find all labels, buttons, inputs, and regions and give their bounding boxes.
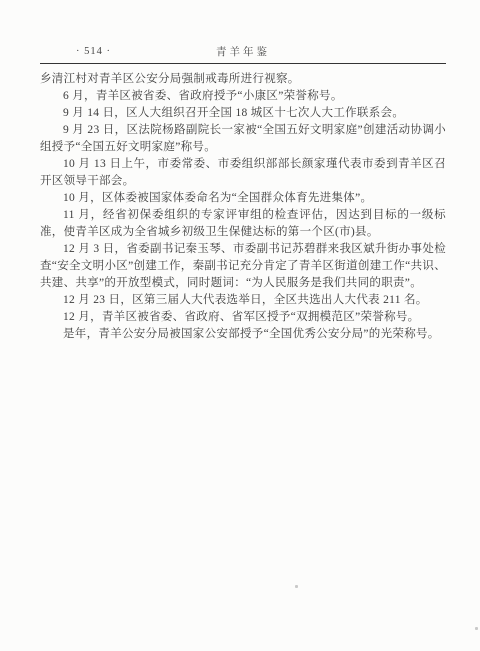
body-paragraph: 11 月，经省初保委组织的专家评审组的检查评估，因达到目标的一级标准，使青羊区成… bbox=[40, 207, 446, 241]
scan-artifact-speck bbox=[295, 585, 298, 588]
body-text: 乡清江村对青羊区公安分局强制戒毒所进行视察。 6 月，青羊区被省委、省政府授予“… bbox=[40, 71, 446, 343]
body-paragraph: 9 月 14 日，区人大组织召开全国 18 城区十七次人大工作联系会。 bbox=[40, 105, 446, 122]
scan-artifact-speck bbox=[475, 627, 478, 630]
body-paragraph: 6 月，青羊区被省委、省政府授予“小康区”荣誉称号。 bbox=[40, 88, 446, 105]
body-paragraph: 乡清江村对青羊区公安分局强制戒毒所进行视察。 bbox=[40, 71, 446, 88]
header-rule bbox=[40, 63, 446, 64]
body-paragraph: 9 月 23 日，区法院杨路副院长一家被“全国五好文明家庭”创建活动协调小组授予… bbox=[40, 122, 446, 156]
body-paragraph: 12 月，青羊区被省委、省政府、省军区授予“双拥模范区”荣誉称号。 bbox=[40, 309, 446, 326]
page-number: · 514 · bbox=[76, 46, 111, 57]
scanned-yearbook-page: · 514 · 青羊年鉴 乡清江村对青羊区公安分局强制戒毒所进行视察。 6 月，… bbox=[0, 0, 480, 651]
body-paragraph: 10 月 13 日上午，市委常委、市委组织部部长颜家瑾代表市委到青羊区召开区领导… bbox=[40, 156, 446, 190]
body-paragraph: 12 月 23 日，区第三届人大代表选举日，全区共选出人大代表 211 名。 bbox=[40, 292, 446, 309]
body-paragraph: 是年，青羊公安分局被国家公安部授予“全国优秀公安分局”的光荣称号。 bbox=[40, 326, 446, 343]
body-paragraph: 12 月 3 日，省委副书记秦玉琴、市委副书记苏碧群来我区斌升街办事处检查“安全… bbox=[40, 241, 446, 292]
running-head: · 514 · 青羊年鉴 bbox=[40, 44, 446, 62]
body-paragraph: 10 月，区体委被国家体委命名为“全国群众体育先进集体”。 bbox=[40, 190, 446, 207]
page-content: · 514 · 青羊年鉴 乡清江村对青羊区公安分局强制戒毒所进行视察。 6 月，… bbox=[40, 44, 446, 343]
